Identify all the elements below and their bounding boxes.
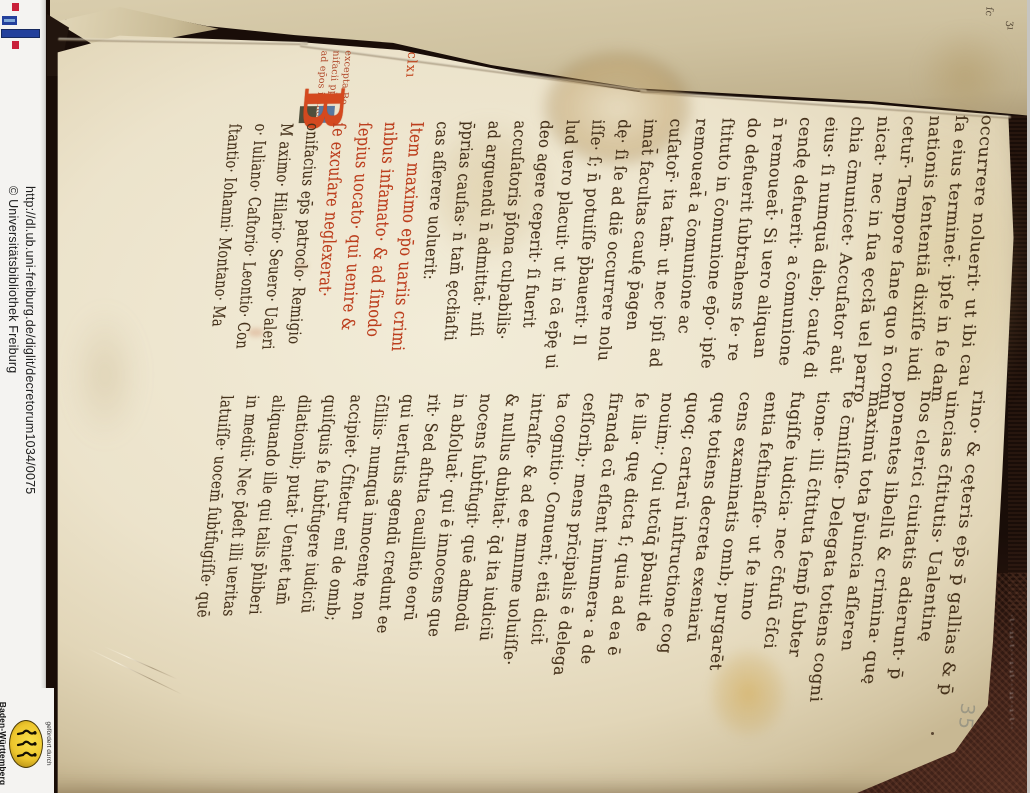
scan-url-text: http://dl.ub.uni-freiburg.de/diglit/decr… (21, 186, 38, 600)
calibration-blue-bar-stripe (4, 19, 15, 22)
calibration-red-square-bottom (12, 41, 19, 49)
margin-chapter-number: clxı (402, 51, 419, 78)
edge-microtext: ·l··ıı·l···ı·ıl···ıı··ı·l·· (1008, 614, 1014, 730)
curl-scribble-mark: ʒı (1004, 21, 1016, 31)
scan-viewer-frame: ſc ʒı clxı excepta Bonifacii pp̄oad ep̄o… (0, 0, 1030, 793)
sidebar-caption: http://dl.ub.uni-freiburg.de/diglit/decr… (4, 186, 38, 600)
funding-logo: gefördert durch Baden-Württemberg (0, 696, 52, 791)
funding-label: gefördert durch (44, 696, 52, 791)
funding-name: Baden-Württemberg (0, 696, 8, 791)
three-lions-icon (14, 727, 38, 761)
bw-coat-of-arms (9, 720, 43, 768)
curl-scribble-mark: ſc (983, 6, 995, 16)
text-column-right: rino· & cęteris ep̄s p̄ gallias & p̄uinc… (176, 382, 1003, 733)
folio-number: 35 (954, 702, 979, 732)
calibration-blue-bar-long (1, 29, 40, 38)
calibration-red-square-top (12, 3, 19, 11)
copyright-text: © Universitätsbibliothek Freiburg (4, 186, 21, 600)
